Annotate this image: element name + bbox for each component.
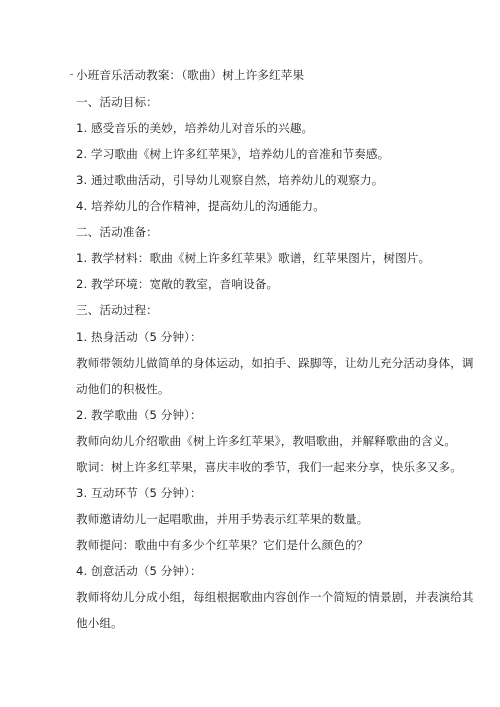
goal-item-2: 2. 学习歌曲《树上许多红苹果》，培养幼儿的音准和节奏感。: [76, 146, 389, 162]
step-text-line: 教师邀请幼儿一起唱歌曲，并用手势表示红苹果的数量。: [76, 511, 368, 527]
goal-item-3: 3. 通过歌曲活动，引导幼儿观察自然，培养幼儿的观察力。: [76, 172, 383, 188]
step-label-creative: 4. 创意活动（5 分钟）：: [76, 563, 202, 579]
step-label-warmup: 1. 热身活动（5 分钟）：: [76, 329, 202, 345]
document-page: 小班音乐活动教案：（歌曲）树上许多红苹果 一、活动目标： 1. 感受音乐的美妙，…: [0, 0, 500, 707]
step-text-line: 教师向幼儿介绍歌曲《树上许多红苹果》，教唱歌曲，并解释歌曲的含义。: [76, 433, 456, 449]
step-text-line: 他小组。: [76, 615, 123, 631]
goal-item-1: 1. 感受音乐的美妙，培养幼儿对音乐的兴趣。: [76, 120, 313, 136]
step-label-teaching-song: 2. 教学歌曲（5 分钟）：: [76, 407, 202, 423]
document-title: 小班音乐活动教案：（歌曲）树上许多红苹果: [76, 67, 304, 83]
lyrics-line: 歌词：树上许多红苹果，喜庆丰收的季节，我们一起来分享，快乐多又多。: [76, 459, 462, 475]
step-text-line: 教师提问：歌曲中有多少个红苹果？它们是什么颜色的？: [76, 537, 368, 553]
step-text-line: 动他们的积极性。: [76, 381, 170, 397]
title-bullet-mark: [70, 74, 73, 75]
section-heading-goals: 一、活动目标：: [76, 94, 158, 110]
step-text-line: 教师带领幼儿做简单的身体运动，如拍手、跺脚等，让幼儿充分活动身体，调: [76, 355, 474, 371]
step-label-interaction: 3. 互动环节（5 分钟）：: [76, 485, 202, 501]
step-text-line: 教师将幼儿分成小组，每组根据歌曲内容创作一个简短的情景剧，并表演给其: [76, 589, 474, 605]
section-heading-process: 三、活动过程：: [76, 302, 158, 318]
section-heading-preparation: 二、活动准备：: [76, 224, 158, 240]
preparation-item-2: 2. 教学环境：宽敞的教室，音响设备。: [76, 276, 278, 292]
goal-item-4: 4. 培养幼儿的合作精神，提高幼儿的沟通能力。: [76, 198, 325, 214]
preparation-item-1: 1. 教学材料：歌曲《树上许多红苹果》歌谱，红苹果图片，树图片。: [76, 250, 430, 266]
